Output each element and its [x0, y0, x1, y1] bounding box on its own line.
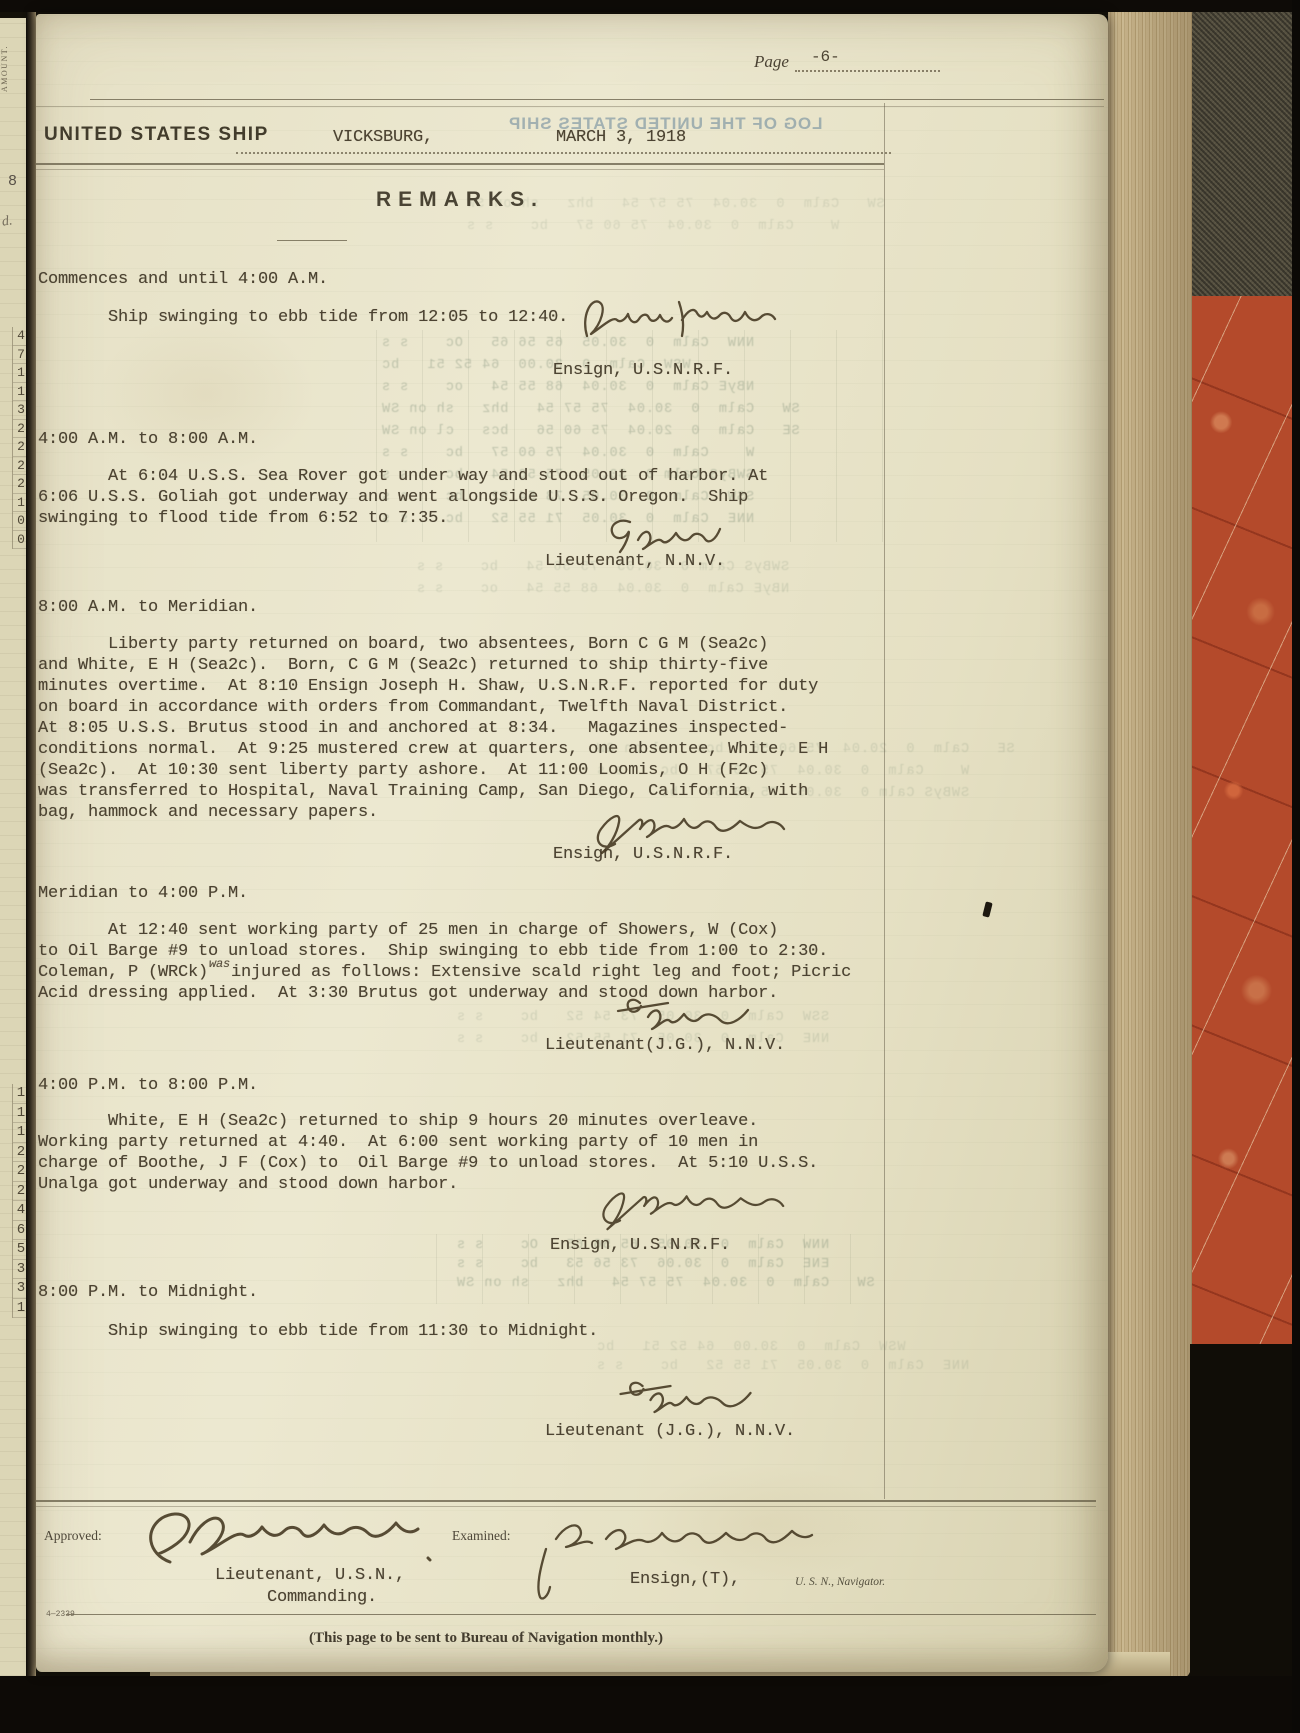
signature-navigator: [522, 1506, 832, 1606]
bleedthrough-row: ENE Calm 0 30.06 73 56 53 bc s s: [456, 1257, 829, 1272]
signature-rank: Ensign, U.S.N.R.F.: [553, 361, 733, 381]
log-date: MARCH 3, 1918: [556, 128, 686, 148]
log-line: minutes overtime. At 8:10 Ensign Joseph …: [38, 677, 818, 697]
signature-lieutenant-watch-4: [610, 991, 755, 1041]
bleedthrough-row: W Calm 0 30.04 75 60 57 bc s s: [381, 446, 754, 461]
log-line: bag, hammock and necessary papers.: [38, 803, 378, 823]
ship-name: VICKSBURG,: [333, 128, 433, 148]
log-line: Liberty party returned on board, two abs…: [38, 635, 768, 655]
commanding-officer-role: Commanding.: [267, 1588, 377, 1608]
bleedthrough-row: WSW Calm 0 30.00 64 52 51 bc: [596, 1340, 905, 1355]
amount-column-label: AMOUNT.: [0, 18, 9, 92]
signature-lieutenant-watch-2: [596, 512, 726, 558]
photo-background-edge: [1292, 0, 1300, 1733]
photo-background-top: [0, 0, 1300, 12]
signature-ensign-watch-1: [575, 290, 785, 348]
log-line: conditions normal. At 9:25 mustered crew…: [38, 740, 828, 760]
log-line: swinging to flood tide from 6:52 to 7:35…: [38, 509, 448, 529]
log-line: on board in accordance with orders from …: [38, 698, 788, 718]
form-rule-header-2: [36, 169, 884, 170]
form-rule-vertical: [884, 103, 885, 1499]
signature-lieutenant-watch-6: [610, 1374, 760, 1424]
signature-ensign-watch-3: [585, 800, 790, 858]
bleedthrough-row: NByE Calm 0 30.04 68 55 54 oc s s: [416, 582, 789, 597]
signature-commanding-officer: [136, 1502, 436, 1576]
log-line: Unalga got underway and stood down harbo…: [38, 1175, 458, 1195]
bleedthrough-row: NNE Calm 0 30.05 71 55 52 bc s s: [596, 1359, 969, 1374]
log-line: Working party returned at 4:40. At 6:00 …: [38, 1133, 758, 1153]
watch-heading: 8:00 P.M. to Midnight.: [38, 1283, 258, 1303]
log-page: LOG OF THE UNITED STATES SHIP SW Calm 0 …: [36, 14, 1108, 1672]
log-line-pre: Coleman, P (WRCk): [38, 963, 208, 982]
form-rule-bottom: [66, 1614, 1096, 1615]
log-line: At 12:40 sent working party of 25 men in…: [38, 921, 778, 941]
watch-heading: Meridian to 4:00 P.M.: [38, 884, 248, 904]
form-number: 4—2339: [46, 1610, 75, 1619]
book-gutter-shadow: [26, 10, 36, 1698]
paper-stain: [96, 314, 316, 474]
log-line: At 8:05 U.S.S. Brutus stood in and ancho…: [38, 719, 788, 739]
bleedthrough-row: NByE Calm 0 30.04 68 55 54 oc s s: [381, 380, 754, 395]
margin-digit: 8: [8, 173, 17, 190]
remarks-underline: [277, 240, 347, 241]
remarks-title: REMARKS.: [36, 188, 884, 212]
watch-heading: 8:00 A.M. to Meridian.: [38, 598, 258, 618]
log-line-with-insert: Coleman, P (WRCk)wasinjured as follows: …: [38, 963, 851, 983]
watch-heading: 4:00 P.M. to 8:00 P.M.: [38, 1076, 258, 1096]
log-line: charge of Boothe, J F (Cox) to Oil Barge…: [38, 1154, 818, 1174]
log-line: was transferred to Hospital, Naval Train…: [38, 782, 808, 802]
ship-name-fill-line: VICKSBURG, MARCH 3, 1918: [236, 126, 891, 154]
form-rule-top-2: [36, 106, 1104, 107]
log-line: Ship swinging to ebb tide from 12:05 to …: [38, 308, 568, 328]
signature-rank: Lieutenant (J.G.), N.N.V.: [545, 1422, 795, 1442]
watch-heading: Commences and until 4:00 A.M.: [38, 270, 328, 290]
previous-page-margin-strip: 8 d. AMOUNT. 4 7 1 1 3 2 2 2 2 1 0 0 1 1…: [0, 18, 26, 1690]
form-rule-header: [36, 163, 884, 165]
page-number: -6-: [811, 48, 840, 66]
footer-note: (This page to be sent to Bureau of Navig…: [186, 1630, 786, 1647]
log-line: White, E H (Sea2c) returned to ship 9 ho…: [38, 1112, 758, 1132]
watch-heading: 4:00 A.M. to 8:00 A.M.: [38, 430, 258, 450]
book-cover-cloth: [1192, 0, 1300, 300]
page-number-dotted-line: -6-: [795, 50, 940, 72]
bleedthrough-row: SE Calm 0 20.04 75 60 56 bcs cl on SW: [381, 424, 800, 439]
approved-label: Approved:: [44, 1528, 102, 1544]
book-fore-edge-pages: [1108, 6, 1192, 1682]
page-label: Page: [754, 52, 789, 72]
photo-background-right: [1190, 1344, 1300, 1733]
ink-speck: [982, 901, 992, 917]
inserted-word: was: [209, 957, 230, 971]
book-marbled-endpaper: [1192, 296, 1296, 1348]
margin-script-mark: d.: [1, 213, 14, 230]
log-line: 6:06 U.S.S. Goliah got underway and went…: [38, 488, 748, 508]
page-number-row: Page -6-: [754, 50, 940, 72]
log-line: and White, E H (Sea2c). Born, C G M (Sea…: [38, 656, 768, 676]
bleedthrough-row: SW Calm 0 30.04 75 57 54 bhz sh on SW: [456, 1276, 875, 1291]
bleedthrough-row: W Calm 0 30.04 75 60 57 bc s s: [466, 219, 839, 234]
examined-label: Examined:: [452, 1528, 510, 1544]
signature-ensign-watch-5: [590, 1178, 790, 1234]
form-rule-top: [90, 99, 1104, 100]
log-line: (Sea2c). At 10:30 sent liberty party ash…: [38, 761, 768, 781]
log-line: Ship swinging to ebb tide from 11:30 to …: [38, 1322, 598, 1342]
log-line: At 6:04 U.S.S. Sea Rover got under way a…: [38, 467, 768, 487]
log-line-post: injured as follows: Extensive scald righ…: [231, 963, 851, 982]
photo-background-bottom: [0, 1676, 1300, 1733]
log-line: to Oil Barge #9 to unload stores. Ship s…: [38, 942, 828, 962]
signature-rank: Ensign, U.S.N.R.F.: [550, 1236, 730, 1256]
bleedthrough-row: SW Calm 0 30.04 75 57 54 bhz sh on SW: [381, 402, 800, 417]
